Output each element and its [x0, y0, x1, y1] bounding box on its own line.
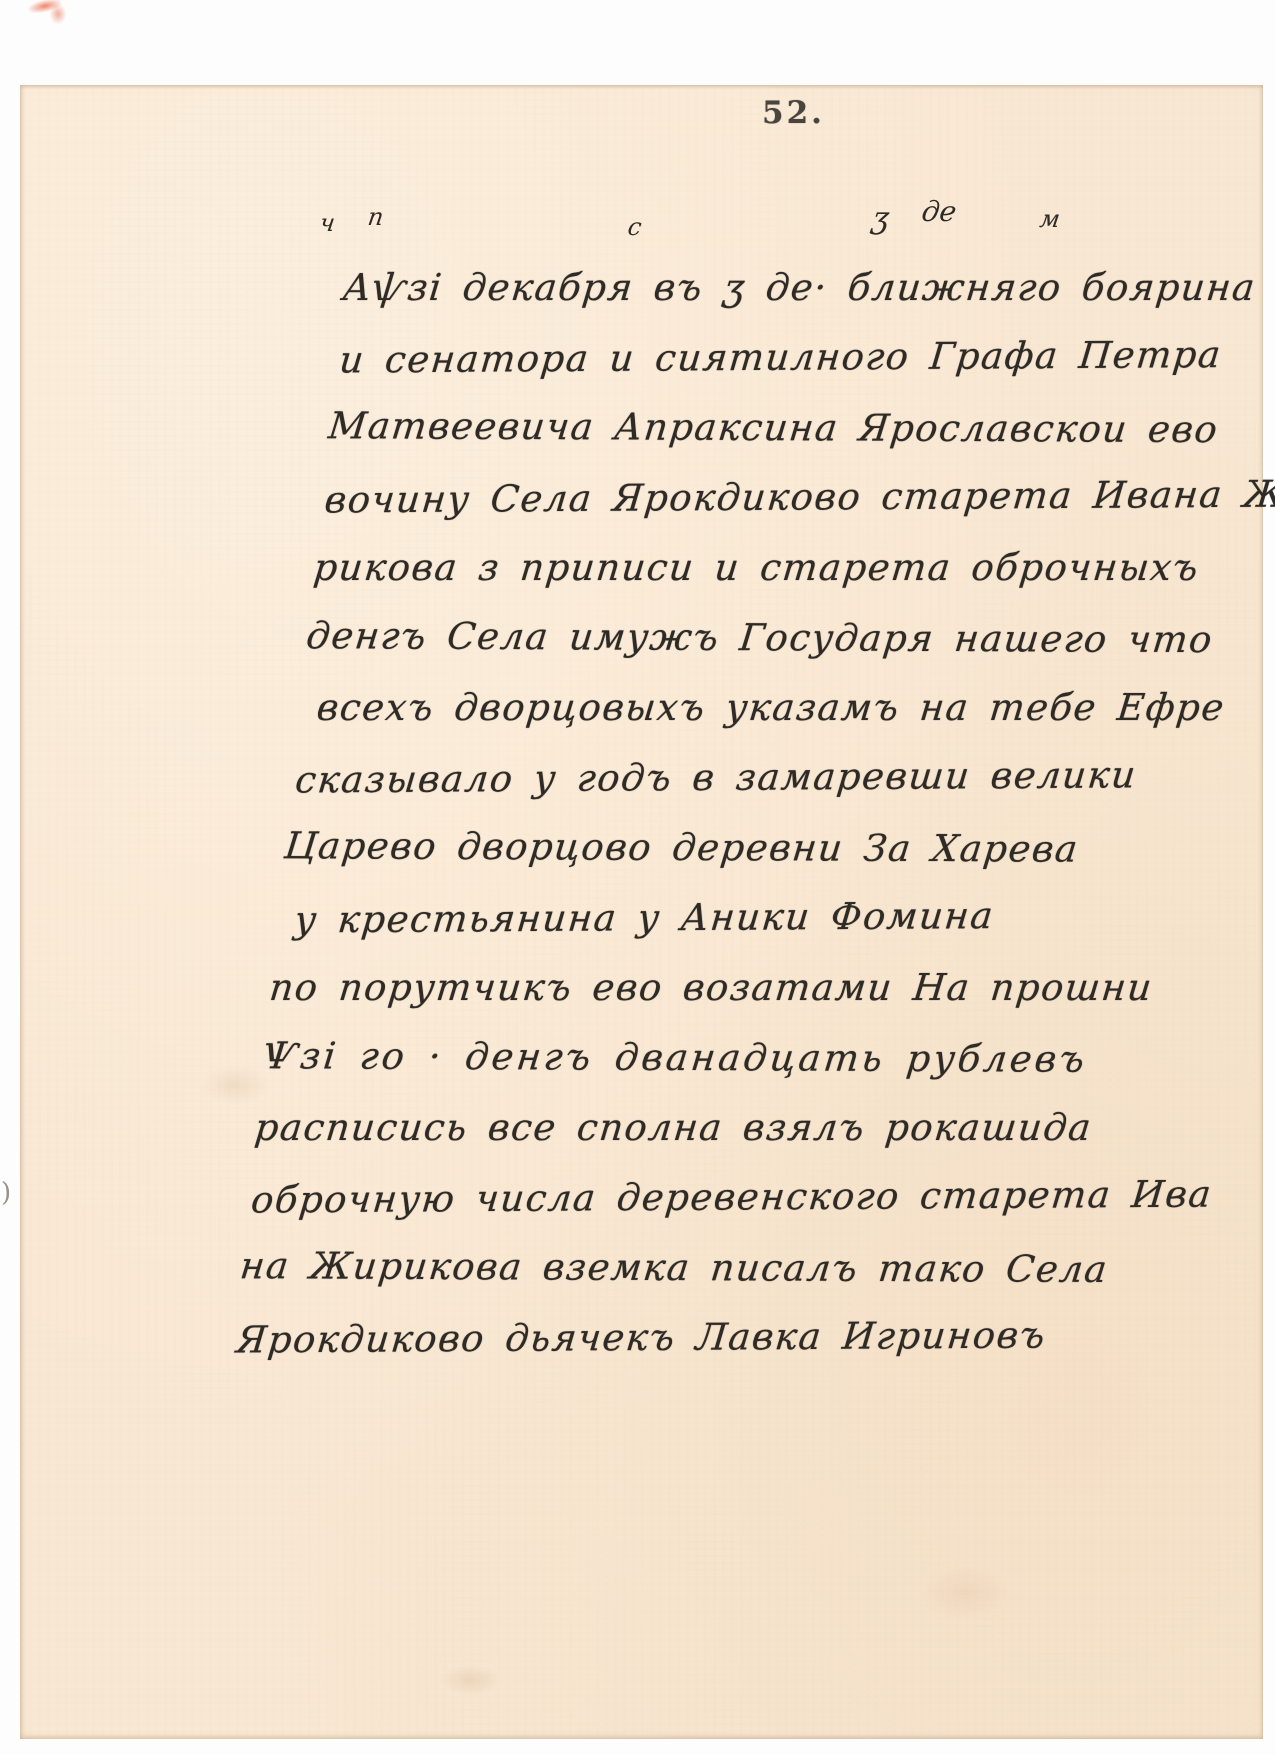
superscript-mark: с [626, 213, 643, 241]
margin-mark: ) [1, 1178, 11, 1208]
manuscript-line: денгъ Села имужъ Государя нашего что [303, 601, 1140, 675]
manuscript-line: оброчную числа деревенского старета Ива [248, 1160, 1085, 1235]
handwritten-text-block: Аѱзі декабря въ ʒ де· ближняго боярина и… [229, 253, 1177, 1373]
superscript-mark: ч [318, 209, 337, 237]
manuscript-line: по порутчикъ ево возатами На прошни [266, 953, 1103, 1023]
manuscript-line: Ярокдиково дьячекъ Лавка Игриновъ [233, 1300, 1070, 1375]
manuscript-line: и сенатора и сиятилного Графа Петра [336, 320, 1173, 395]
manuscript-line: сказывало у годъ в замаревши велики [292, 740, 1129, 815]
manuscript-line: Матвеевича Апраксина Ярославскои ево [325, 391, 1162, 465]
foxing-stain [920, 1565, 1010, 1620]
manuscript-line: Аѱзі декабря въ ʒ де· ближняго боярина [340, 253, 1177, 323]
manuscript-line: рикова з приписи и старета оброчныхъ [310, 533, 1147, 603]
manuscript-line: вочину Села Ярокдиково старета Ивана Жи [321, 460, 1158, 535]
manuscript-line: Царево дворцово деревни За Харева [281, 811, 1118, 885]
superscript-mark: п [366, 203, 385, 231]
manuscript-line: на Жирикова вземка писалъ тако Села [237, 1231, 1074, 1305]
manuscript-line: расписись все сполна взялъ рокашида [251, 1093, 1088, 1163]
manuscript-line: Ѱзі го · денгъ дванадцать рублевъ [259, 1021, 1096, 1095]
superscript-mark: м [1038, 205, 1062, 233]
manuscript-line: у крестьянина у Аники Фомина [277, 880, 1114, 955]
superscript-mark: де [920, 195, 959, 228]
red-pencil-smudge [50, 4, 66, 24]
superscript-abbreviation-marks: ч п с ʒ де м [20, 203, 1263, 253]
superscript-mark: ʒ [870, 201, 892, 236]
manuscript-page: 52. ч п с ʒ де м Аѱзі декабря въ ʒ де· б… [20, 85, 1263, 1739]
folio-number: 52. [762, 95, 825, 131]
foxing-stain [440, 1665, 500, 1695]
manuscript-line: всехъ дворцовыхъ указамъ на тебе Ефре [295, 673, 1132, 743]
